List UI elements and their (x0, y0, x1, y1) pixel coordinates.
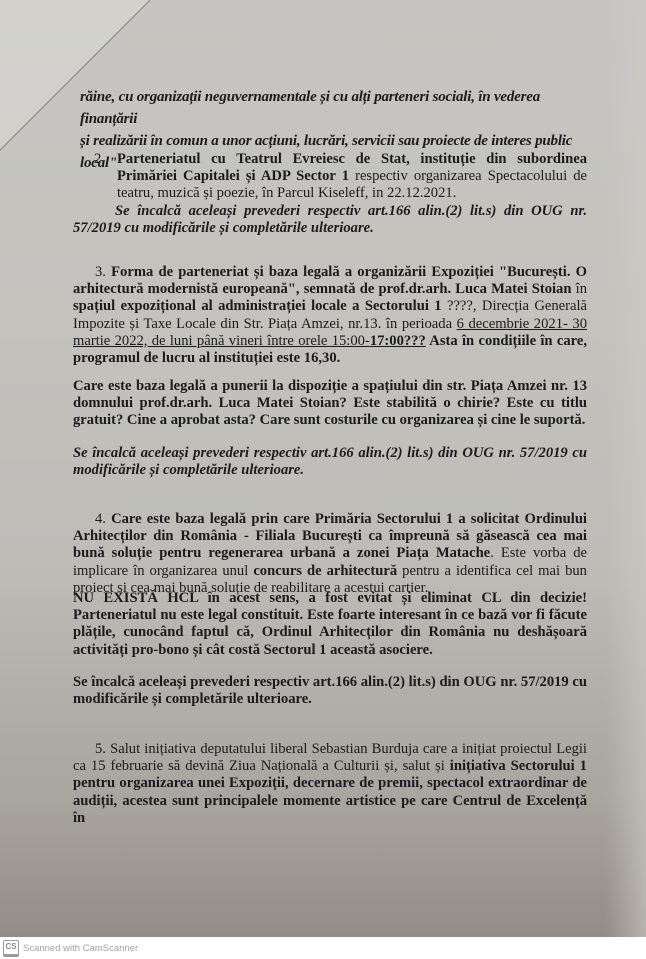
violation-text: Se încalcă aceleași prevederi respectiv … (73, 445, 587, 478)
item-3-text: în (571, 281, 587, 297)
item-number: 2. (94, 151, 105, 168)
questions-text: Care este baza legală a punerii la dispo… (73, 378, 587, 428)
item-number: 4. (95, 511, 106, 527)
item-3-questions: Care este baza legală a punerii la dispo… (73, 378, 587, 430)
remark-text: NU EXISTĂ HCL în acest sens, a fost evit… (73, 590, 587, 658)
item-2-violation: Se încalcă aceleași prevederi respectiv … (73, 203, 587, 237)
item-3-violation: Se încalcă aceleași prevederi respectiv … (73, 445, 587, 479)
item-3-location: spațiul expozițional al administrației l… (73, 298, 442, 314)
scanned-page: răine, cu organizații neguvernamentale ș… (0, 0, 646, 937)
item-5: 5. Salut inițiativa deputatului liberal … (73, 741, 587, 827)
scanner-footer: CS Scanned with CamScanner (0, 937, 646, 959)
violation-text: Se încalcă aceleași prevederi respectiv … (73, 203, 587, 236)
item-3: 3. Forma de parteneriat și baza legală a… (73, 264, 587, 367)
violation-text: Se încalcă aceleași prevederi respectiv … (73, 674, 587, 707)
watermark-label: Scanned with CamScanner (23, 943, 138, 954)
item-4-contest: concurs de arhitectură (253, 563, 397, 579)
item-3-end-hour: 17:00??? (370, 333, 426, 349)
page-shadow (606, 0, 646, 937)
camscanner-logo-icon: CS (3, 940, 19, 957)
item-4: 4. Care este baza legală prin care Primă… (73, 511, 587, 597)
item-number: 3. (95, 264, 106, 280)
item-4-violation: Se încalcă aceleași prevederi respectiv … (73, 674, 587, 708)
intro-line-1: răine, cu organizații neguvernamentale ș… (80, 86, 590, 130)
item-4-remark: NU EXISTĂ HCL în acest sens, a fost evit… (73, 590, 587, 659)
item-number: 5. (95, 741, 106, 757)
item-3-title: Forma de parteneriat și baza legală a or… (73, 264, 587, 297)
item-2: 2. Parteneriatul cu Teatrul Evreiesc de … (117, 151, 587, 203)
